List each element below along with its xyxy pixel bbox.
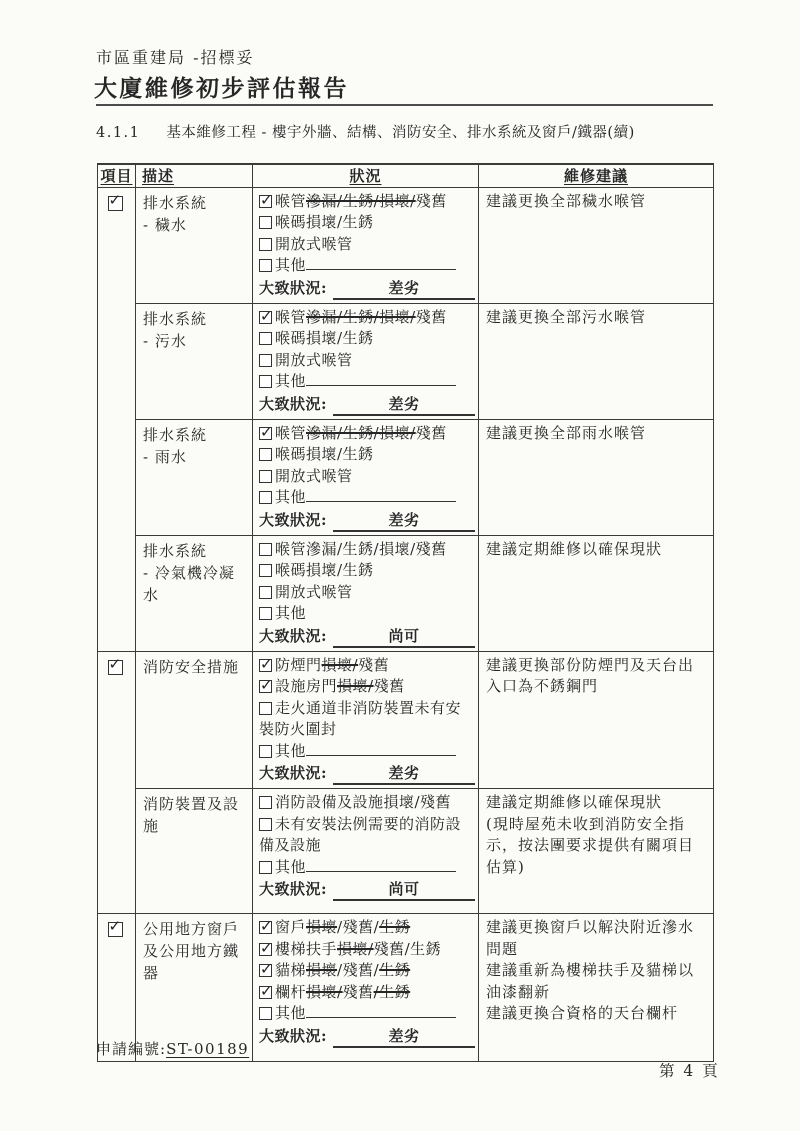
empty-checkbox-icon [259, 818, 272, 831]
condition-text: 喉碼損壞/生銹 [275, 213, 374, 231]
overall-status-value: 差劣 [333, 511, 475, 532]
empty-checkbox-icon [259, 607, 272, 620]
recommendation-text: 建議更換窗戶以解決附近滲水問題 [486, 917, 708, 960]
page-number: 第 4 頁 [659, 1059, 720, 1081]
status-cell: 喉管滲漏/生銹/損壞/殘舊喉碼損壞/生銹開放式喉管其他大致狀況:差劣 [253, 303, 479, 419]
page-title: 大廈維修初步評估報告 [94, 70, 349, 103]
condition-text: 防煙門 [275, 656, 322, 674]
recommendation-cell: 建議定期維修以確保現狀 [479, 535, 714, 651]
empty-checkbox-icon [259, 796, 272, 809]
overall-status-label: 大致狀況: [259, 627, 327, 645]
assessment-table: 項目 描述 狀況 維修建議 排水系統 - 穢水喉管滲漏/生銹/損壞/殘舊喉碼損壞… [97, 163, 714, 1062]
empty-checkbox-icon [259, 238, 272, 251]
condition-text: 設施房門 [275, 677, 337, 695]
condition-text: 損壞 [306, 961, 337, 979]
checked-checkbox-icon [259, 943, 272, 956]
item-checkbox [108, 922, 123, 937]
condition-line: 喉碼損壞/生銹 [259, 328, 472, 350]
overall-status-label: 大致狀況: [259, 1027, 327, 1045]
condition-line: 防煙門損壞/殘舊 [259, 655, 472, 677]
column-header-recommendation: 維修建議 [479, 164, 714, 187]
item-checkbox [108, 660, 123, 675]
overall-status-label: 大致狀況: [259, 511, 327, 529]
status-cell: 喉管滲漏/生銹/損壞/殘舊喉碼損壞/生銹開放式喉管其他大致狀況:尚可 [253, 535, 479, 651]
condition-text: /生銹 [374, 983, 411, 1001]
condition-text: 生銹 [379, 961, 410, 979]
checked-checkbox-icon [259, 659, 272, 672]
condition-text: 殘舊 [343, 983, 374, 1001]
recommendation-cell: 建議更換全部污水喉管 [479, 303, 714, 419]
condition-line: 喉管滲漏/生銹/損壞/殘舊 [259, 191, 472, 213]
condition-line: 其他 [259, 487, 472, 509]
empty-checkbox-icon [259, 470, 272, 483]
agency-line: 市區重建局 -招標妥 [96, 45, 255, 68]
overall-status-line: 大致狀況:差劣 [259, 1026, 472, 1048]
condition-line: 貓梯損壞/殘舊/生銹 [259, 960, 472, 982]
condition-text: 其他 [275, 858, 306, 876]
condition-line: 未有安裝法例需要的消防設備及設施 [259, 814, 472, 857]
recommendation-cell: 建議更換全部穢水喉管 [479, 187, 714, 303]
condition-text: 殘舊 [416, 192, 447, 210]
condition-line: 喉管滲漏/生銹/損壞/殘舊 [259, 539, 472, 561]
condition-text: 滲漏/生銹/損壞/ [306, 308, 416, 326]
condition-text: 貓梯 [275, 961, 306, 979]
table-row: 排水系統 - 雨水喉管滲漏/生銹/損壞/殘舊喉碼損壞/生銹開放式喉管其他大致狀況… [98, 419, 714, 535]
description-cell: 排水系統 - 污水 [136, 303, 253, 419]
recommendation-text: (現時屋苑未收到消防安全指示，按法團要求提供有關項目估算) [486, 814, 708, 879]
condition-text: 滲漏/生銹/損壞/ [306, 424, 416, 442]
condition-text: 損壞/ [322, 656, 359, 674]
recommendation-text: 建議更換部份防煙門及天台出入口為不銹鋼門 [486, 655, 708, 698]
condition-text: 殘舊 [416, 424, 447, 442]
condition-text: 喉管滲漏/生銹/損壞/殘舊 [275, 540, 447, 558]
item-checkbox [108, 196, 123, 211]
checked-checkbox-icon [259, 680, 272, 693]
condition-text: 未有安裝法例需要的消防設備及設施 [259, 815, 461, 855]
condition-line: 其他 [259, 603, 472, 625]
checked-checkbox-icon [259, 964, 272, 977]
condition-text: 損壞/ [306, 983, 343, 1001]
condition-text: 喉碼損壞/生銹 [275, 445, 374, 463]
condition-text: 消防設備及設施損壞/殘舊 [275, 793, 451, 811]
condition-line: 開放式喉管 [259, 234, 472, 256]
recommendation-text: 建議更換全部污水喉管 [486, 307, 708, 329]
condition-text: 窗戶 [275, 918, 306, 936]
overall-status-line: 大致狀況:尚可 [259, 879, 472, 901]
condition-line: 樓梯扶手損壞/殘舊/生銹 [259, 939, 472, 961]
description-cell: 排水系統 - 雨水 [136, 419, 253, 535]
condition-text: 欄杆 [275, 983, 306, 1001]
description-cell: 排水系統 - 穢水 [136, 187, 253, 303]
condition-text: 殘舊 [374, 677, 405, 695]
column-header-item: 項目 [98, 164, 136, 187]
condition-text: 殘舊 [358, 656, 389, 674]
empty-checkbox-icon [259, 354, 272, 367]
recommendation-cell: 建議更換部份防煙門及天台出入口為不銹鋼門 [479, 651, 714, 789]
condition-text: 殘舊 [416, 308, 447, 326]
overall-status-value: 差劣 [333, 764, 475, 785]
overall-status-line: 大致狀況:尚可 [259, 626, 472, 648]
condition-line: 其他 [259, 857, 472, 879]
fill-in-blank [306, 1005, 456, 1018]
condition-line: 設施房門損壞/殘舊 [259, 676, 472, 698]
condition-line: 消防設備及設施損壞/殘舊 [259, 792, 472, 814]
fill-in-blank [306, 743, 456, 756]
condition-text: /殘舊/ [337, 918, 379, 936]
status-cell: 喉管滲漏/生銹/損壞/殘舊喉碼損壞/生銹開放式喉管其他大致狀況:差劣 [253, 187, 479, 303]
condition-text: 開放式喉管 [275, 235, 353, 253]
condition-text: 其他 [275, 256, 306, 274]
empty-checkbox-icon [259, 216, 272, 229]
condition-text: 其他 [275, 742, 306, 760]
condition-line: 喉管滲漏/生銹/損壞/殘舊 [259, 307, 472, 329]
condition-text: 滲漏/生銹/損壞/ [306, 192, 416, 210]
condition-line: 走火通道非消防裝置未有安裝防火圍封 [259, 698, 472, 741]
condition-text: 喉管 [275, 308, 306, 326]
condition-line: 喉碼損壞/生銹 [259, 444, 472, 466]
condition-line: 喉管滲漏/生銹/損壞/殘舊 [259, 423, 472, 445]
column-header-description: 描述 [136, 164, 253, 187]
status-cell: 防煙門損壞/殘舊設施房門損壞/殘舊走火通道非消防裝置未有安裝防火圍封其他大致狀況… [253, 651, 479, 789]
condition-text: 其他 [275, 1004, 306, 1022]
condition-text: /殘舊/ [337, 961, 379, 979]
condition-text: 其他 [275, 372, 306, 390]
overall-status-label: 大致狀況: [259, 279, 327, 297]
empty-checkbox-icon [259, 564, 272, 577]
fill-in-blank [306, 489, 456, 502]
recommendation-text: 建議定期維修以確保現狀 [486, 792, 708, 814]
section-number: 4.1.1 [96, 125, 140, 141]
section-title: 基本維修工程 - 樓宇外牆、結構、消防安全、排水系統及窗戶/鐵器(續) [166, 125, 634, 141]
overall-status-line: 大致狀況:差劣 [259, 278, 472, 300]
condition-line: 喉碼損壞/生銹 [259, 560, 472, 582]
table-row: 排水系統 - 冷氣機冷凝 水喉管滲漏/生銹/損壞/殘舊喉碼損壞/生銹開放式喉管其… [98, 535, 714, 651]
overall-status-label: 大致狀況: [259, 764, 327, 782]
fill-in-blank [306, 257, 456, 270]
table-row: 消防裝置及設 施消防設備及設施損壞/殘舊未有安裝法例需要的消防設備及設施其他大致… [98, 789, 714, 914]
status-cell: 消防設備及設施損壞/殘舊未有安裝法例需要的消防設備及設施其他大致狀況:尚可 [253, 789, 479, 914]
checked-checkbox-icon [259, 921, 272, 934]
condition-line: 其他 [259, 255, 472, 277]
condition-text: 喉碼損壞/生銹 [275, 329, 374, 347]
checked-checkbox-icon [259, 986, 272, 999]
checked-checkbox-icon [259, 311, 272, 324]
condition-text: 其他 [275, 488, 306, 506]
condition-text: 喉碼損壞/生銹 [275, 561, 374, 579]
title-divider [96, 104, 713, 106]
overall-status-value: 差劣 [333, 395, 475, 416]
overall-status-line: 大致狀況:差劣 [259, 510, 472, 532]
empty-checkbox-icon [259, 375, 272, 388]
fill-in-blank [306, 373, 456, 386]
empty-checkbox-icon [259, 702, 272, 715]
condition-line: 其他 [259, 741, 472, 763]
condition-text: 損壞 [306, 918, 337, 936]
condition-text: 喉管 [275, 424, 306, 442]
recommendation-cell: 建議定期維修以確保現狀(現時屋苑未收到消防安全指示，按法團要求提供有關項目估算) [479, 789, 714, 914]
checked-checkbox-icon [259, 427, 272, 440]
recommendation-text: 建議更換全部穢水喉管 [486, 191, 708, 213]
condition-text: 樓梯扶手 [275, 940, 337, 958]
condition-line: 欄杆損壞/殘舊/生銹 [259, 982, 472, 1004]
empty-checkbox-icon [259, 861, 272, 874]
condition-text: 開放式喉管 [275, 351, 353, 369]
description-cell: 排水系統 - 冷氣機冷凝 水 [136, 535, 253, 651]
status-cell: 窗戶損壞/殘舊/生銹樓梯扶手損壞/殘舊/生銹貓梯損壞/殘舊/生銹欄杆損壞/殘舊/… [253, 914, 479, 1062]
condition-text: 開放式喉管 [275, 583, 353, 601]
condition-line: 其他 [259, 1003, 472, 1025]
empty-checkbox-icon [259, 259, 272, 272]
recommendation-text: 建議定期維修以確保現狀 [486, 539, 708, 561]
checked-checkbox-icon [259, 195, 272, 208]
overall-status-value: 差劣 [333, 1027, 475, 1048]
application-number-value: ST-00189 [166, 1040, 249, 1058]
condition-line: 窗戶損壞/殘舊/生銹 [259, 917, 472, 939]
condition-line: 開放式喉管 [259, 582, 472, 604]
empty-checkbox-icon [259, 1007, 272, 1020]
empty-checkbox-icon [259, 543, 272, 556]
description-cell: 消防安全措施 [136, 651, 253, 789]
overall-status-label: 大致狀況: [259, 880, 327, 898]
fill-in-blank [306, 859, 456, 872]
condition-text: 生銹 [379, 918, 410, 936]
empty-checkbox-icon [259, 332, 272, 345]
condition-text: 損壞/ [337, 940, 374, 958]
empty-checkbox-icon [259, 586, 272, 599]
item-checkbox-cell [98, 187, 136, 651]
condition-text: 殘舊/生銹 [374, 940, 442, 958]
condition-text: 走火通道非消防裝置未有安裝防火圍封 [259, 699, 461, 739]
application-number-line: 申請編號:ST-00189 [96, 1038, 249, 1059]
description-cell: 消防裝置及設 施 [136, 789, 253, 914]
table-row: 排水系統 - 穢水喉管滲漏/生銹/損壞/殘舊喉碼損壞/生銹開放式喉管其他大致狀況… [98, 187, 714, 303]
empty-checkbox-icon [259, 745, 272, 758]
column-header-status: 狀況 [253, 164, 479, 187]
recommendation-text: 建議更換全部雨水喉管 [486, 423, 708, 445]
condition-text: 其他 [275, 604, 306, 622]
empty-checkbox-icon [259, 491, 272, 504]
recommendation-text: 建議重新為樓梯扶手及貓梯以油漆翻新 [486, 960, 708, 1003]
overall-status-value: 尚可 [333, 627, 475, 648]
condition-text: 開放式喉管 [275, 467, 353, 485]
condition-line: 其他 [259, 371, 472, 393]
item-checkbox-cell [98, 651, 136, 914]
overall-status-value: 差劣 [333, 279, 475, 300]
condition-line: 開放式喉管 [259, 350, 472, 372]
section-heading: 4.1.1基本維修工程 - 樓宇外牆、結構、消防安全、排水系統及窗戶/鐵器(續) [96, 121, 635, 142]
overall-status-line: 大致狀況:差劣 [259, 394, 472, 416]
recommendation-cell: 建議更換全部雨水喉管 [479, 419, 714, 535]
overall-status-label: 大致狀況: [259, 395, 327, 413]
overall-status-value: 尚可 [333, 880, 475, 901]
recommendation-text: 建議更換合資格的天台欄杆 [486, 1003, 708, 1025]
status-cell: 喉管滲漏/生銹/損壞/殘舊喉碼損壞/生銹開放式喉管其他大致狀況:差劣 [253, 419, 479, 535]
overall-status-line: 大致狀況:差劣 [259, 763, 472, 785]
condition-line: 開放式喉管 [259, 466, 472, 488]
empty-checkbox-icon [259, 448, 272, 461]
recommendation-cell: 建議更換窗戶以解決附近滲水問題建議重新為樓梯扶手及貓梯以油漆翻新建議更換合資格的… [479, 914, 714, 1062]
application-number-label: 申請編號: [96, 1040, 166, 1058]
condition-line: 喉碼損壞/生銹 [259, 212, 472, 234]
table-header-row: 項目 描述 狀況 維修建議 [98, 164, 714, 187]
condition-text: 喉管 [275, 192, 306, 210]
table-row: 消防安全措施防煙門損壞/殘舊設施房門損壞/殘舊走火通道非消防裝置未有安裝防火圍封… [98, 651, 714, 789]
condition-text: 損壞/ [337, 677, 374, 695]
document-page: 市區重建局 -招標妥 大廈維修初步評估報告 4.1.1基本維修工程 - 樓宇外牆… [0, 0, 800, 1131]
table-row: 排水系統 - 污水喉管滲漏/生銹/損壞/殘舊喉碼損壞/生銹開放式喉管其他大致狀況… [98, 303, 714, 419]
